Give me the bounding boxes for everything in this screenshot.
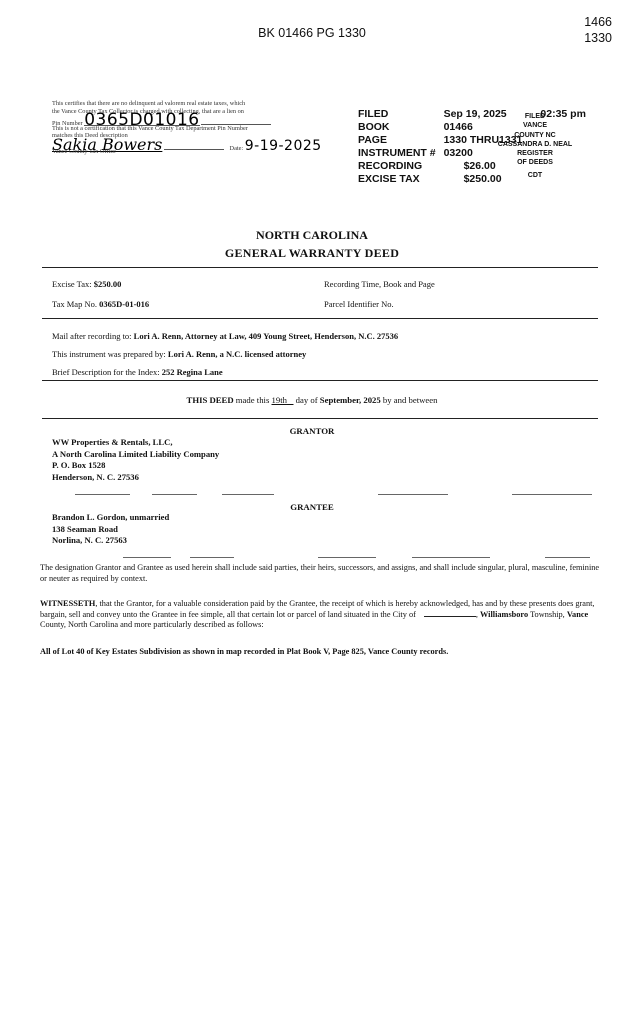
corner-page: 1330 xyxy=(584,30,612,46)
grantee-heading: GRANTEE xyxy=(0,502,624,512)
grantee-line: Norlina, N. C. 27563 xyxy=(52,535,169,547)
county-name: Vance xyxy=(567,610,588,619)
deed-text: by and between xyxy=(383,395,438,405)
excise-label: Excise Tax: xyxy=(52,279,92,289)
deed-month-year: September, 2025 xyxy=(320,395,381,405)
mail-label: Mail after recording to: xyxy=(52,331,132,341)
grantor-line: Henderson, N. C. 27536 xyxy=(52,472,219,484)
divider xyxy=(42,318,598,319)
excise-value: $250.00 xyxy=(94,279,122,289)
divider xyxy=(42,418,598,419)
date-label: Date: xyxy=(230,145,244,152)
recording-time-label: Recording Time, Book and Page xyxy=(324,279,435,289)
tax-certification: This certifies that there are no delinqu… xyxy=(52,100,342,156)
city-blank xyxy=(424,616,476,617)
stamp-line: FILED xyxy=(490,112,580,121)
divider xyxy=(42,380,598,381)
signature-line xyxy=(164,149,224,150)
divider xyxy=(190,557,234,558)
witnesseth-paragraph: WITNESSETH, that the Grantor, for a valu… xyxy=(40,599,600,631)
corner-book-page: 1466 1330 xyxy=(584,14,612,46)
register-of-deeds-stamp: FILED VANCE COUNTY NC CASSANDRA D. NEAL … xyxy=(490,112,580,180)
filing-label: INSTRUMENT # xyxy=(358,147,444,160)
divider xyxy=(152,494,197,495)
divider xyxy=(222,494,274,495)
filing-label: BOOK xyxy=(358,121,444,134)
grantor-line: WW Properties & Rentals, LLC, xyxy=(52,437,219,449)
deed-text: day of xyxy=(296,395,318,405)
divider xyxy=(512,494,592,495)
witnesseth-text: Township, xyxy=(530,610,565,619)
stamp-line: COUNTY NC xyxy=(490,131,580,140)
prepared-by: This instrument was prepared by: Lori A.… xyxy=(52,349,306,359)
filing-label: FILED xyxy=(358,108,444,121)
taxmap-label: Tax Map No. xyxy=(52,299,97,309)
brief-description: Brief Description for the Index: 252 Reg… xyxy=(52,367,223,377)
stamp-line: OF DEEDS xyxy=(490,158,580,167)
mail-after-recording: Mail after recording to: Lori A. Renn, A… xyxy=(52,331,398,341)
grantee-line: Brandon L. Gordon, unmarried xyxy=(52,512,169,524)
divider xyxy=(412,557,490,558)
brief-label: Brief Description for the Index: xyxy=(52,367,160,377)
document-title: GENERAL WARRANTY DEED xyxy=(0,246,624,261)
divider xyxy=(75,494,130,495)
grantee-block: Brandon L. Gordon, unmarried 138 Seaman … xyxy=(52,512,169,547)
document-state: NORTH CAROLINA xyxy=(0,228,624,243)
stamp-line: VANCE xyxy=(490,121,580,130)
excise-tax: Excise Tax: $250.00 xyxy=(52,279,121,289)
filing-label: EXCISE TAX xyxy=(358,173,444,186)
date-value: 9-19-2025 xyxy=(245,138,322,154)
mail-value: Lori A. Renn, Attorney at Law, 409 Young… xyxy=(134,331,398,341)
grantor-line: P. O. Box 1528 xyxy=(52,460,219,472)
township-name: Williamsboro xyxy=(480,610,528,619)
filing-label: PAGE xyxy=(358,134,444,147)
grantor-heading: GRANTOR xyxy=(0,426,624,436)
divider xyxy=(545,557,590,558)
deed-intro: THIS DEED made this 19th day of Septembe… xyxy=(0,395,624,405)
legal-description: All of Lot 40 of Key Estates Subdivision… xyxy=(40,647,600,656)
deed-lead: THIS DEED xyxy=(187,395,234,405)
filing-label: RECORDING xyxy=(358,160,444,173)
divider xyxy=(42,267,598,268)
corner-book: 1466 xyxy=(584,14,612,30)
witnesseth-text: , xyxy=(476,610,478,619)
taxmap-value: 0365D-01-016 xyxy=(99,299,149,309)
book-page-header: BK 01466 PG 1330 xyxy=(0,26,624,40)
divider xyxy=(318,557,376,558)
cert-disclaimer-1: This is not a certification that this Va… xyxy=(52,125,342,133)
grantee-line: 138 Seaman Road xyxy=(52,524,169,536)
grantor-block: WW Properties & Rentals, LLC, A North Ca… xyxy=(52,437,219,484)
witnesseth-lead: WITNESSETH xyxy=(40,599,95,608)
grantor-line: A North Carolina Limited Liability Compa… xyxy=(52,449,219,461)
parcel-identifier-label: Parcel Identifier No. xyxy=(324,299,394,309)
brief-value: 252 Regina Lane xyxy=(162,367,223,377)
divider xyxy=(378,494,448,495)
designation-paragraph: The designation Grantor and Grantee as u… xyxy=(40,563,600,584)
deed-text: made this xyxy=(236,395,270,405)
deed-day: 19th xyxy=(272,395,287,405)
prepared-label: This instrument was prepared by: xyxy=(52,349,166,359)
tax-map-number: Tax Map No. 0365D-01-016 xyxy=(52,299,149,309)
witnesseth-text: County, North Carolina and more particul… xyxy=(40,620,264,629)
divider xyxy=(123,557,171,558)
prepared-value: Lori A. Renn, a N.C. licensed attorney xyxy=(168,349,306,359)
stamp-register-name: CASSANDRA D. NEAL xyxy=(490,140,580,149)
stamp-line: REGISTER xyxy=(490,149,580,158)
stamp-initials: CDT xyxy=(490,171,580,180)
cert-line-1: This certifies that there are no delinqu… xyxy=(52,100,342,108)
